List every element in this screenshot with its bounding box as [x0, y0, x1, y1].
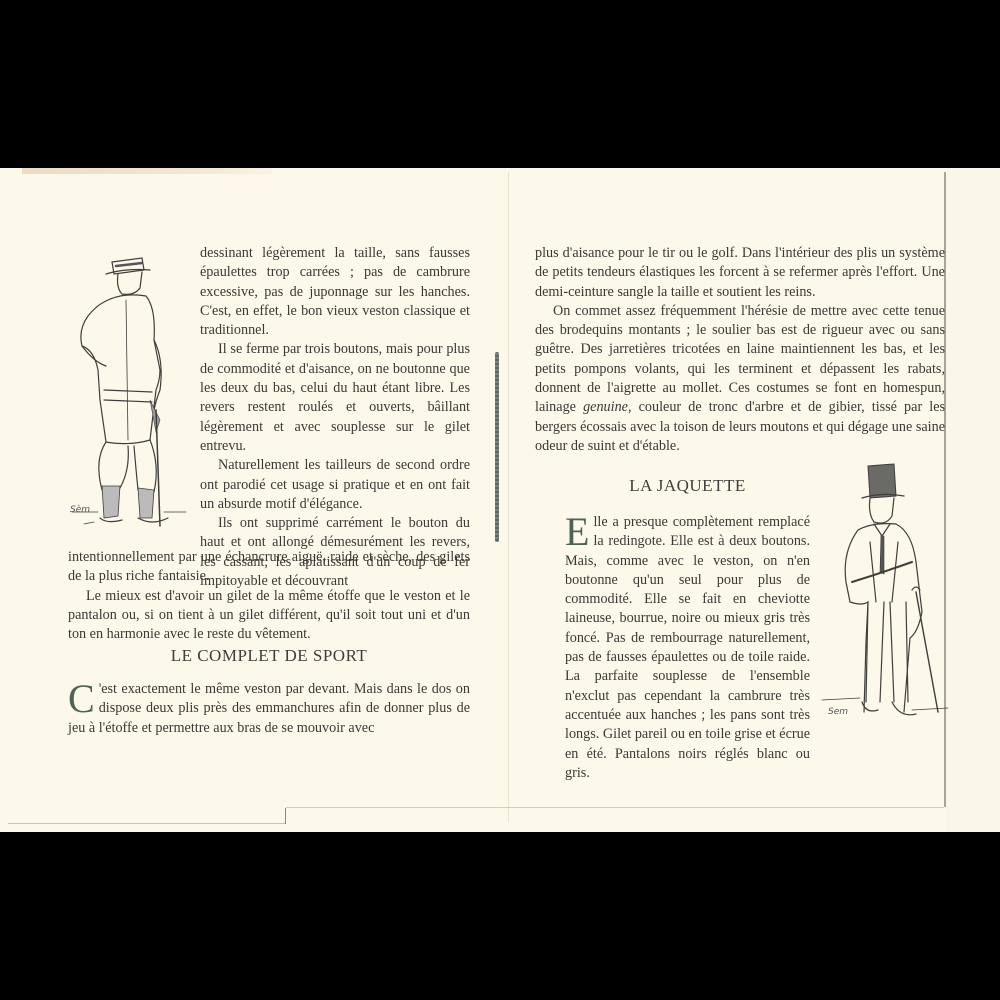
paragraph: Le mieux est d'avoir un gilet de la même…	[68, 587, 470, 645]
page-edge-step	[285, 808, 286, 824]
complet-de-sport-text: C'est exactement le même veston par deva…	[68, 680, 470, 738]
paragraph: dessinant légèrement la taille, sans fau…	[200, 244, 470, 340]
paragraph: Naturellement les tailleurs de second or…	[200, 456, 470, 514]
right-page-top-text: plus d'aisance pour le tir ou le golf. D…	[535, 244, 945, 456]
paragraph: lle a presque complètement remplacé la r…	[565, 514, 810, 781]
artist-signature: Sèm	[70, 505, 90, 515]
paragraph: Il se ferme par trois boutons, mais pour…	[200, 340, 470, 456]
left-page-intro-text: dessinant légèrement la taille, sans fau…	[200, 244, 470, 591]
page-edge-top	[22, 168, 272, 174]
paragraph: plus d'aisance pour le tir ou le golf. D…	[535, 244, 945, 302]
section-heading-complet-de-sport: LE COMPLET DE SPORT	[68, 646, 470, 666]
page-edge-right	[946, 168, 1000, 832]
page-edge-bottom-right	[286, 807, 944, 808]
drop-cap: C	[68, 682, 95, 716]
binding-string	[495, 352, 499, 542]
artist-signature: Sem	[828, 707, 848, 717]
page-edge-bottom	[8, 823, 285, 824]
italic-word: genuine	[583, 399, 628, 415]
paragraph: 'est exactement le même veston par devan…	[68, 681, 470, 736]
sport-suit-man-illustration: Sèm	[64, 250, 189, 528]
left-page-continued-text: intentionnellement par une échancrure ai…	[68, 548, 470, 644]
morning-coat-man-illustration: Sem	[812, 462, 952, 724]
gutter-fold	[508, 172, 509, 822]
paragraph: intentionnellement par une échancrure ai…	[68, 548, 470, 587]
drop-cap: E	[565, 515, 589, 549]
section-heading-la-jaquette: LA JAQUETTE	[565, 476, 810, 496]
la-jaquette-text: Elle a presque complètement remplacé la …	[565, 513, 810, 783]
